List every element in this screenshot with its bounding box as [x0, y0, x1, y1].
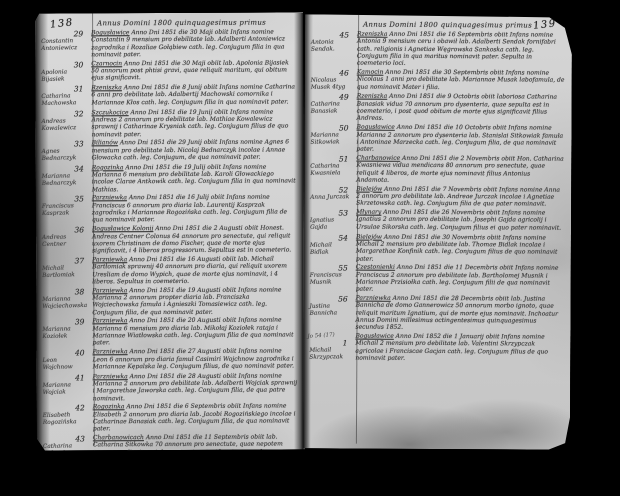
entry-place: Rogozinka [92, 164, 124, 171]
entry-margin-cell: 53 Ignatius Gajda [304, 208, 352, 231]
left-page-entries: 29 Constantin Antoniewicz Bogusławice An… [35, 28, 305, 450]
entry-body: Charbanowice Anno Dni 1851 die 2 Novembr… [352, 155, 571, 185]
register-entry: 40 Leon Wojchnow Parzniewka Anno Dni 185… [37, 348, 305, 372]
entry-margin-name: Marianna Sitkowiak [308, 132, 352, 147]
entry-place: Bielejów [356, 185, 382, 192]
entry-body: Parzniewka Anno Dni 1851 die 27 Augusti … [89, 348, 305, 372]
entry-number: 51 [308, 154, 352, 163]
entry-margin-cell: 31 Catharina Machowska [35, 85, 87, 108]
entry-body: Parzniewka Anno Dni 1851 die 16 Julij ob… [88, 194, 304, 224]
entry-body: Szczukocice Anno Dni 1851 die 19 Junij o… [87, 108, 303, 138]
entry-place: Bielejów [356, 233, 382, 240]
entry-body: Bilianów Anno Dni 1851 die 29 Junij obii… [88, 139, 304, 163]
entry-body: Bielejów Anno Dni 1851 die 30 Novembris … [352, 233, 571, 263]
entry-margin-name: Catharina Sitkowka [41, 443, 89, 451]
entry-text: Anno Dni 1851 die 29 Junij obiit Infans … [92, 139, 289, 161]
register-entry: 33 Agnes Bednarczyk Bilianów Anno Dni 18… [36, 139, 304, 163]
entry-margin-cell: 30 Apolonia Bijasiek [35, 60, 87, 83]
entry-place: Kamocin [357, 69, 384, 76]
entry-margin-name: Catharina Machowska [39, 93, 87, 108]
register-entry: 31 Catharina Machowska Rzeniszka Anno Dn… [35, 84, 303, 108]
register-entry: 30 Apolonia Bijasiek Czarnocin Anno Dni … [35, 59, 303, 83]
entry-margin-cell: 32 Andreas Kowalewicz [35, 109, 87, 138]
entry-margin-cell: 34 Marianna Bednarczyk [36, 164, 88, 193]
entry-number: 52 [308, 185, 352, 194]
entry-margin-cell: 56 Justina Bannicha [303, 294, 351, 331]
entry-text: Anno Dni 1851 die 7 Novembris obiit Infa… [356, 185, 560, 207]
entry-margin-name: Catharina Banasiak [309, 102, 353, 117]
register-entry: 41 Marianna Wojciak Parzniewka Anno Dni … [37, 372, 305, 402]
entry-margin-name: Justina Bannicha [307, 303, 351, 318]
entry-margin-cell: 49 Catharina Banasiak [305, 93, 353, 123]
register-entry: 52 Anna Jurczak Bielejów Anno Dni 1851 d… [304, 185, 571, 208]
entry-place: Charbanowicach [93, 434, 144, 441]
entry-margin-cell: 41 Marianna Wojciak [37, 373, 89, 402]
entry-body: Rogozinka Anno Dni 1851 die 6 Septembris… [89, 403, 305, 433]
entry-place: Parzniewka [92, 195, 127, 202]
entry-margin-cell: 33 Agnes Bednarczyk [36, 140, 88, 163]
entry-place: Czestonienki [356, 264, 395, 271]
entry-text: Anno Dni 1851 die 30 Novembris obiit Inf… [356, 233, 558, 262]
entry-margin-name: Michail Bartłomiak [40, 265, 88, 280]
entry-margin-name: Michail Skrzypczak [307, 347, 351, 362]
entry-margin-name: Antonia Sendak. [309, 39, 353, 54]
entry-body: Czestonienki Anno Dni 1851 die 11 Decemb… [352, 264, 571, 294]
book-gutter-shadow [294, 13, 310, 450]
scanned-register-spread: 138 Annus Domini 1800 quinquagesimus pri… [0, 0, 620, 496]
entry-place: Rzeniszka [91, 84, 121, 91]
register-entry: 38 Marianna Wojciechowska Parzniewka Ann… [36, 286, 304, 316]
register-entry: 46 Nicolaus Musak 4tyg Kamocin Anno Dni … [305, 68, 572, 92]
entry-place: Parzniewka [92, 256, 127, 263]
entry-body: Młynary Anno Dni 1851 die 26 Novembris o… [352, 209, 571, 233]
entry-margin-name: Marianna Wojciak [41, 381, 89, 396]
entry-body: Rogozinka Anno Dni 1851 die 19 Julij obi… [88, 163, 304, 193]
right-page-entries: 45 Antonia Sendak. Rzeniszka Anno Dni 18… [303, 30, 572, 363]
entry-margin-cell: 29 Constantin Antoniewicz [35, 29, 87, 58]
register-entry: 34 Marianna Bednarczyk Rogozinka Anno Dn… [36, 163, 304, 193]
entry-margin-cell: 36 Andreas Centner [36, 226, 88, 255]
left-page-year-header: Annus Domini 1800 quinquagesimus primus [35, 12, 303, 29]
entry-place: Parzniewka [93, 348, 128, 355]
entry-body: Kamocin Anno Dni 1851 die 30 Septembris … [353, 69, 572, 93]
right-page: 139 Annus Domini 1800 quinquagesimus pri… [303, 14, 572, 449]
entry-place: Rzeniszka [357, 93, 388, 100]
register-entry: 50 Marianna Sitkowiak Bogusławice Anno D… [304, 124, 571, 155]
entry-margin-cell: 45 Antonia Sendak. [305, 30, 353, 67]
entry-number: 30 [39, 60, 87, 69]
entry-body: Bogusławice Anno Dni 1851 die 30 Maji ob… [87, 28, 303, 58]
register-entry: 32 Andreas Kowalewicz Szczukocice Anno D… [35, 108, 303, 138]
entry-place: Charbanowice [356, 155, 400, 162]
entry-margin-name: Marianna Koziołek [40, 326, 88, 341]
entry-body: Rzeniszka Anno Dni 1851 die 16 Septembri… [353, 31, 572, 69]
entry-body: Rzeniszka Anno Dni 1851 die 9 Octobris o… [353, 93, 572, 123]
entry-margin-name: Catharina Kwasniela [308, 163, 352, 178]
register-entry: 56 Justina Bannicha Parzniewka Anno Dni … [303, 294, 570, 332]
entry-place: Czarnocin [91, 60, 122, 67]
entry-margin-name: Agnes Bednarczyk [40, 148, 88, 163]
entry-margin-name: Andreas Kowalewicz [39, 117, 87, 132]
entry-margin-name: Marianna Bednarczyk [40, 173, 88, 188]
entry-body: Bogusławice Anno Dni 1851 die 10 Octobri… [352, 124, 571, 154]
entry-text: Anno Dni 1851 die 30 Septembris obiit In… [357, 69, 565, 91]
entry-body: Parzniewka Anno Dni 1851 die 20 Augusti … [88, 317, 304, 347]
entry-body: Parzniewka Anno Dni 1851 die 16 Augusti … [88, 255, 304, 285]
entry-place: Parzniewka [356, 295, 391, 302]
register-entry: 39 Marianna Koziołek Parzniewka Anno Dni… [36, 317, 304, 347]
entry-margin-cell: 54 Michail Bidlak [304, 233, 352, 263]
register-entry: 54 Michail Bidlak Bielejów Anno Dni 1851… [304, 233, 571, 264]
entry-number: 41 [41, 373, 89, 382]
entry-body: Bielejów Anno Dni 1851 die 7 Novembris o… [352, 185, 571, 208]
register-entry: 43 Catharina Sitkowka Charbanowicach Ann… [37, 434, 305, 451]
entry-margin-cell: 46 Nicolaus Musak 4tyg [305, 68, 353, 91]
entry-text: Anno Dni 1851 die 9 Octobris obiit labor… [357, 93, 557, 122]
entry-body: Rzeniszka Anno Dni 1851 die 8 Junij obii… [87, 84, 303, 108]
entry-body: Czarnocin Anno Dni 1851 die 30 Maji obii… [87, 59, 303, 83]
entry-margin-name: Marianna Wojciechowska [40, 296, 88, 311]
entry-margin-cell: 39 Marianna Koziołek [36, 318, 88, 347]
entry-margin-cell: 37 Michail Bartłomiak [36, 256, 88, 285]
entry-number: 45 [309, 30, 353, 39]
register-entry: 49 Catharina Banasiak Rzeniszka Anno Dni… [305, 93, 572, 124]
entry-text: Anno Dni 1851 die 8 Junij obiit Infans n… [91, 84, 295, 107]
entry-margin-name: Franciscus Kasprzak [40, 203, 88, 218]
entry-number: 34 [40, 164, 88, 173]
entry-margin-cell: Jo 54 (17) 1 Michail Skrzypczak [303, 332, 351, 362]
entry-margin-cell: 40 Leon Wojchnow [37, 349, 89, 372]
entry-margin-name: Anna Jurczak [308, 194, 352, 202]
entry-margin-cell: 50 Marianna Sitkowiak [304, 124, 352, 154]
entry-place: Młynary [356, 209, 381, 216]
register-entry: 53 Ignatius Gajda Młynary Anno Dni 1851 … [304, 208, 571, 232]
entry-place: Bogusławice Kolonij [92, 225, 153, 232]
entry-margin-cell: 42 Elisabeth Rogozińska [37, 404, 89, 433]
entry-margin-name: Nicolaus Musak 4tyg [309, 77, 353, 92]
entry-margin-cell: 52 Anna Jurczak [304, 185, 352, 207]
entry-margin-cell: 43 Catharina Sitkowka [37, 434, 89, 450]
entry-margin-name: Elisabeth Rogozińska [41, 412, 89, 427]
register-entry: 55 Franciscus Musnik Czestonienki Anno D… [304, 264, 571, 295]
register-entry: Jo 54 (17) 1 Michail Skrzypczak Bogusław… [303, 332, 570, 363]
entry-place: Rogozinka [93, 404, 125, 411]
entry-margin-cell: 55 Franciscus Musnik [304, 264, 352, 294]
entry-place: Bilianów [92, 140, 118, 147]
entry-body: Parzniewka Anno Dni 1851 die 28 Decembri… [351, 295, 570, 333]
entry-number: 32 [39, 109, 87, 118]
entry-margin-name: Andreas Centner [40, 234, 88, 249]
register-entry: 29 Constantin Antoniewicz Bogusławice An… [35, 28, 303, 58]
register-entry: 36 Andreas Centner Bogusławice Kolonij A… [36, 225, 304, 255]
entry-number: 54 [308, 233, 352, 242]
entry-body: Bogusławice Anno Dni 1852 die 1 Januarij… [351, 333, 570, 363]
left-page: 138 Annus Domini 1800 quinquagesimus pri… [35, 12, 305, 450]
entry-place: Parzniewka [92, 318, 127, 325]
entry-text: Anno Dni 1851 die 26 Novembris obiit Inf… [356, 209, 561, 232]
register-entry: 51 Catharina Kwasniela Charbanowice Anno… [304, 154, 571, 185]
entry-body: Parzniewka Anno Dni 1851 die 19 Augusti … [88, 286, 304, 316]
entry-body: Charbanowicach Anno Dni 1851 die 11 Sept… [89, 434, 305, 451]
entry-margin-name: Michail Bidlak [308, 242, 352, 257]
entry-margin-name: Franciscus Musnik [308, 272, 352, 287]
entry-body: Bogusławice Kolonij Anno Dni 1851 die 2 … [88, 225, 304, 255]
entry-place: Parzniewka [93, 373, 128, 380]
entry-number: 38 [40, 287, 88, 296]
entry-text: Anno Dni 1851 die 16 Septembris obiit In… [357, 31, 556, 67]
register-entry: 35 Franciscus Kasprzak Parzniewka Anno D… [36, 194, 304, 224]
entry-body: Parzniewka Anno Dni 1851 die 28 Augusti … [89, 372, 305, 402]
entry-place: Rzeniszka [357, 31, 388, 38]
entry-margin-name: Constantin Antoniewicz [39, 38, 87, 53]
entry-margin-name: Ignatius Gajda [308, 217, 352, 232]
entry-margin-cell: 51 Catharina Kwasniela [304, 154, 352, 184]
entry-place: Bogusławice [91, 29, 129, 36]
entry-place: Parzniewka [92, 287, 127, 294]
entry-place: Szczukocice [91, 109, 128, 116]
entry-place: Bogusławice [355, 333, 393, 340]
entry-place: Bogusławice [357, 124, 395, 131]
register-entry: 45 Antonia Sendak. Rzeniszka Anno Dni 18… [305, 30, 572, 68]
register-entry: 42 Elisabeth Rogozińska Rogozinka Anno D… [37, 403, 305, 433]
entry-margin-cell: 38 Marianna Wojciechowska [36, 287, 88, 316]
register-entry: 37 Michail Bartłomiak Parzniewka Anno Dn… [36, 255, 304, 285]
entry-margin-name: Leon Wojchnow [40, 357, 88, 372]
entry-margin-name: Apolonia Bijasiek [39, 69, 87, 84]
entry-margin-cell: 35 Franciscus Kasprzak [36, 195, 88, 224]
